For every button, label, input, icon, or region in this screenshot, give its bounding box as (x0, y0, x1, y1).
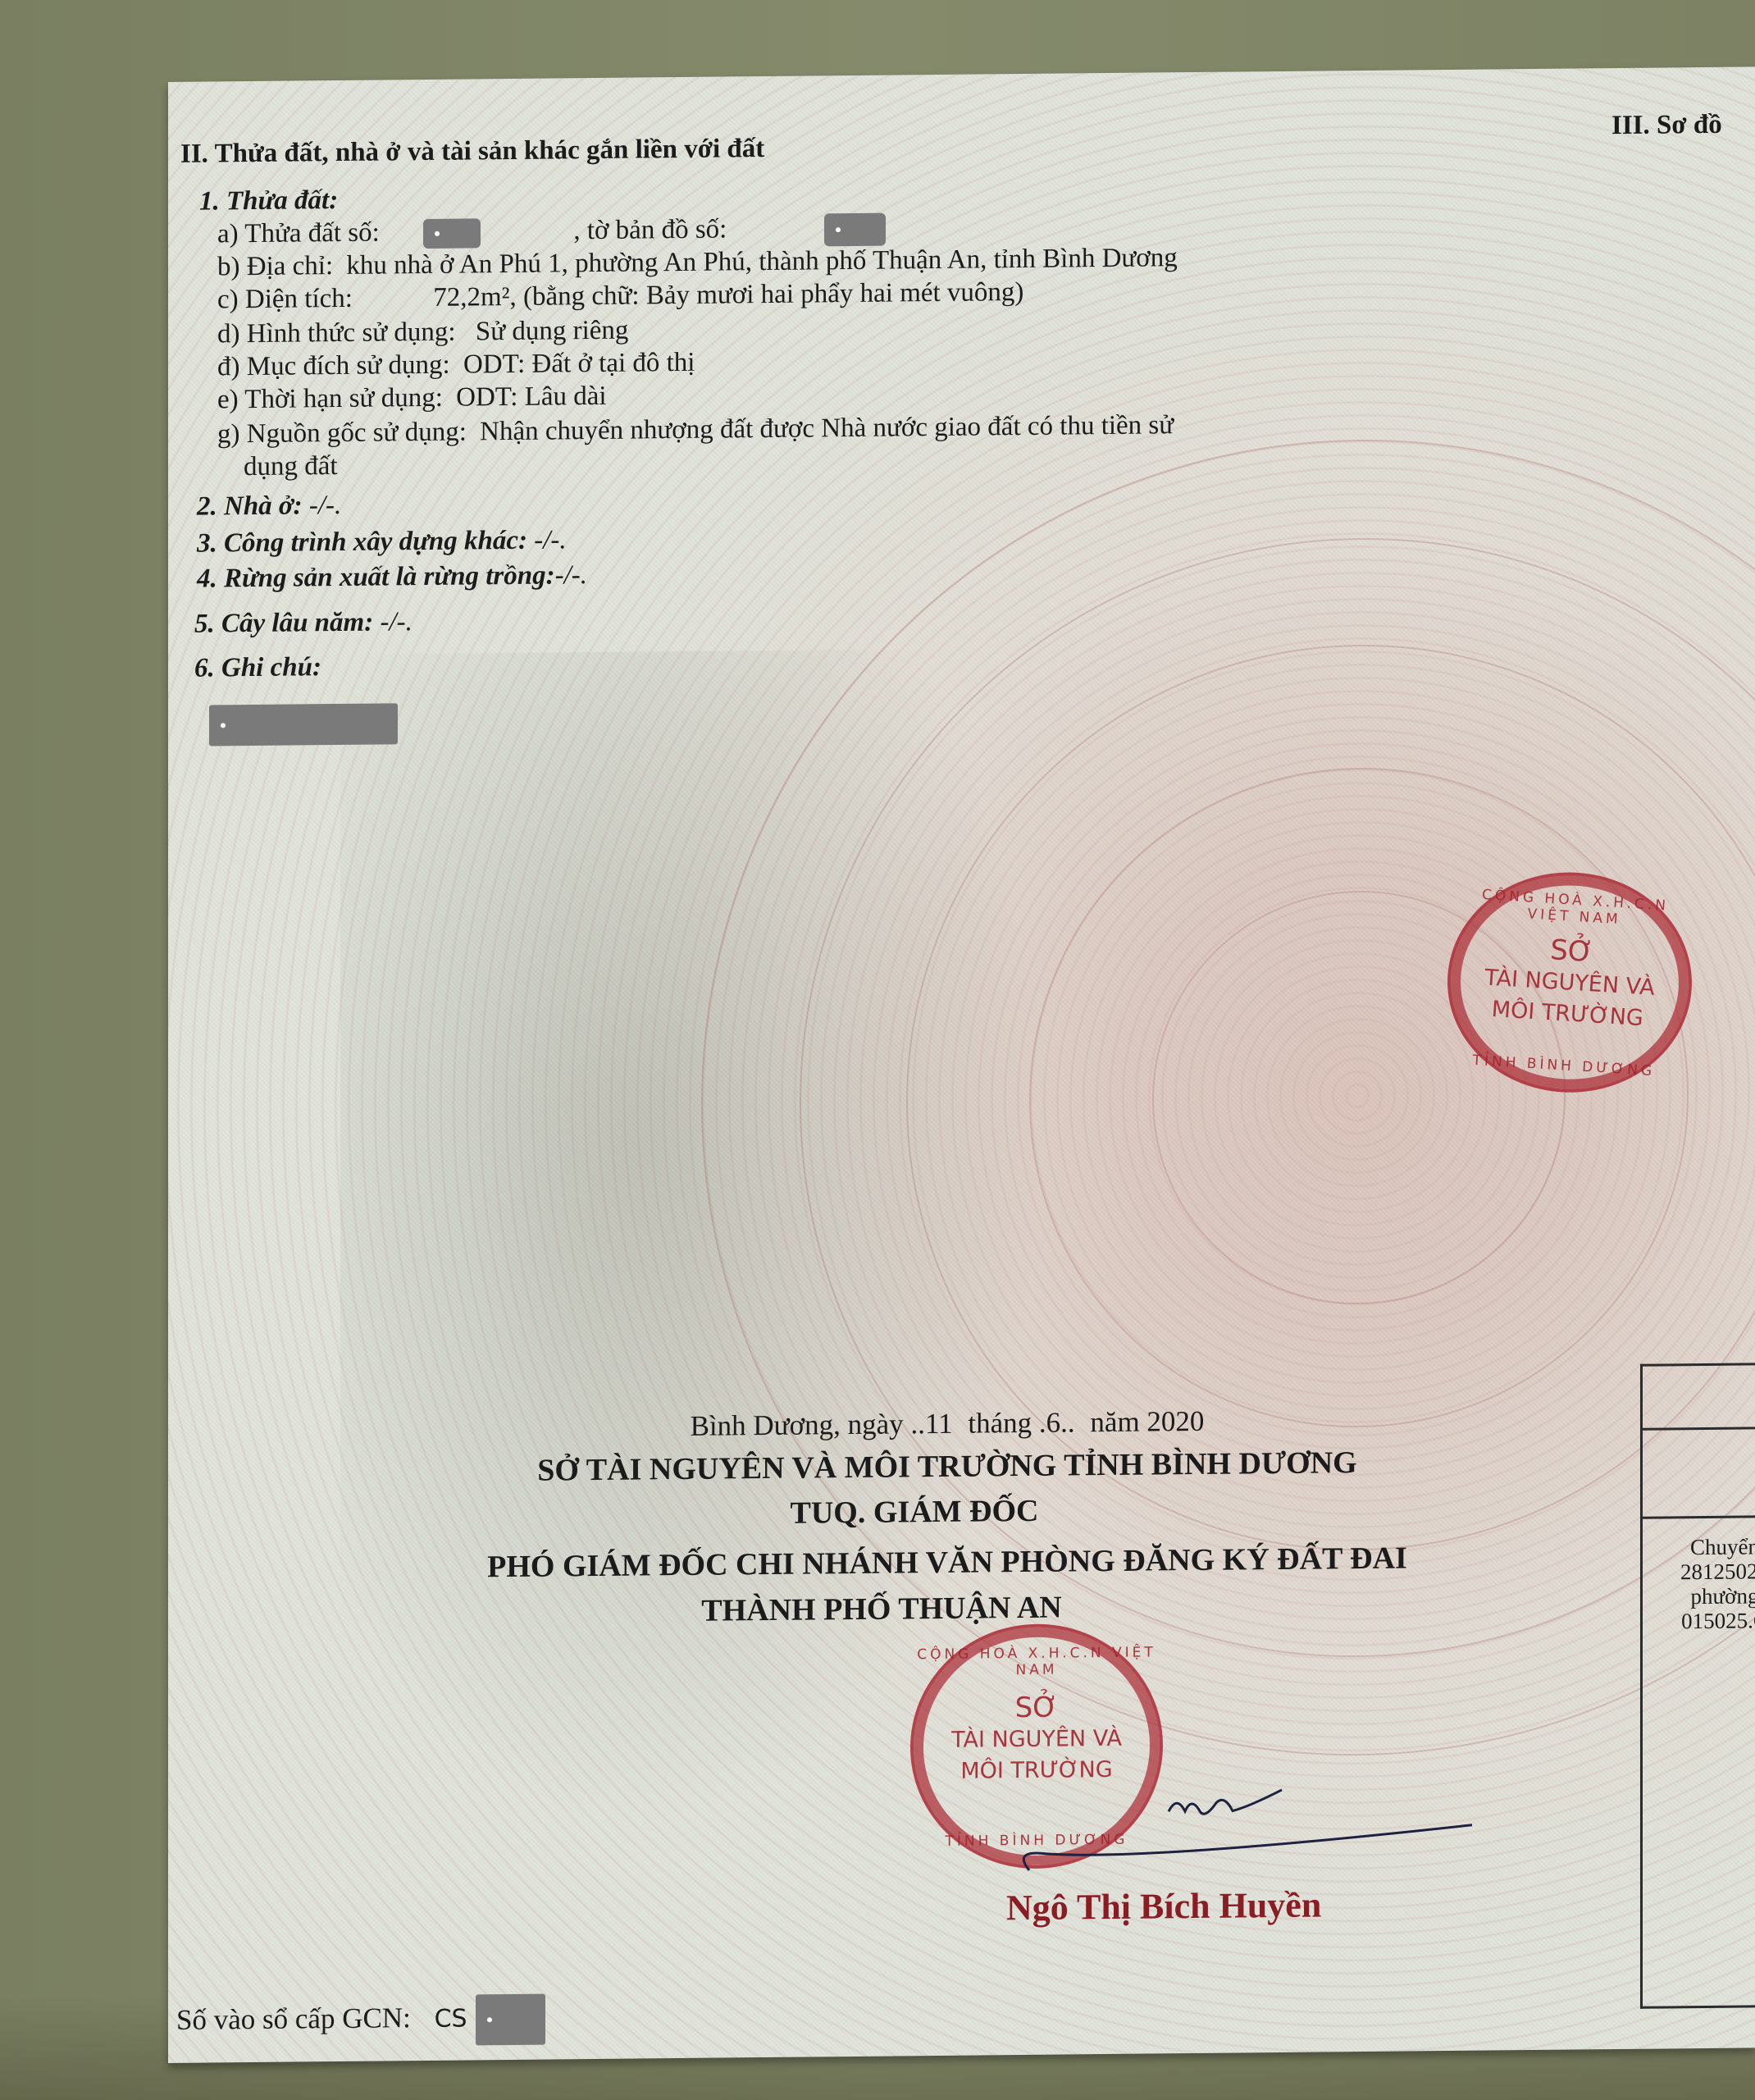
signing-day: ..11 (910, 1408, 952, 1440)
usage-origin-row: g) Nguồn gốc sử dụng: Nhận chuyển nhượng… (217, 410, 1174, 450)
signer-branch: THÀNH PHỐ THUẬN AN (267, 1585, 1497, 1632)
changes-line-4: 015025.C (1643, 1608, 1755, 1634)
usage-form-row: d) Hình thức sử dụng: Sử dụng riêng (217, 316, 628, 350)
stamp-ring-bottom: TỈNH BÌNH DƯƠNG (1445, 1051, 1684, 1081)
changes-table-row: Chuyển 28125022 phường 015025.C (1643, 1518, 1755, 1634)
item-production-forest-label: 4. Rừng sản xuất là rừng trồng: (197, 560, 555, 593)
gcn-number-redacted (476, 1994, 545, 2046)
notes-redacted (209, 703, 398, 746)
item-notes-label: 6. Ghi chú: (194, 652, 321, 682)
section-2-title: II. Thửa đất, nhà ở và tài sản khác gắn … (180, 134, 764, 170)
usage-term-label: e) Thời hạn sử dụng: (217, 383, 443, 415)
item-house-label: 2. Nhà ở: (197, 491, 303, 521)
item-perennial-trees-value: -/-. (380, 607, 412, 637)
signing-date-line: Bình Dương, ngày ..11 tháng .6.. năm 202… (332, 1402, 1562, 1446)
changes-table: Chuyển 28125022 phường 015025.C (1640, 1363, 1755, 2009)
item-notes: 6. Ghi chú: (194, 652, 321, 683)
signing-stamp-center-3: MÔI TRƯỜNG (914, 1754, 1160, 1787)
changes-table-row (1643, 1429, 1755, 1519)
usage-term-value: ODT: Lâu dài (456, 381, 606, 413)
map-sheet-redacted (824, 213, 886, 247)
item-production-forest: 4. Rừng sản xuất là rừng trồng:-/-. (197, 560, 587, 595)
changes-line-1: Chuyển (1643, 1534, 1755, 1560)
land-plot-heading: 1. Thửa đất: (199, 185, 338, 217)
signing-month: .6.. (1039, 1406, 1075, 1438)
item-production-forest-value: -/-. (555, 560, 587, 590)
usage-purpose-label: đ) Mục đích sử dụng: (217, 350, 450, 382)
signing-year: năm 2020 (1090, 1405, 1204, 1438)
map-sheet-label: , tờ bản đồ số: (573, 214, 727, 245)
item-other-construction-label: 3. Công trình xây dựng khác: (197, 526, 527, 559)
item-house: 2. Nhà ở: -/-. (197, 491, 341, 523)
signing-month-label: tháng (968, 1407, 1032, 1440)
changes-table-row (1643, 1365, 1755, 1431)
usage-form-value: Sử dụng riêng (476, 316, 629, 347)
signer-title: PHÓ GIÁM ĐỐC CHI NHÁNH VĂN PHÒNG ĐĂNG KÝ… (332, 1539, 1562, 1586)
signing-stamp-center-1: SỞ (914, 1690, 1160, 1725)
issuing-org: SỞ TÀI NGUYÊN VÀ MÔI TRƯỜNG TỈNH BÌNH DƯ… (332, 1443, 1562, 1491)
official-stamp: CỘNG HOÀ X.H.C.N VIỆT NAM SỞ TÀI NGUYÊN … (1440, 865, 1699, 1099)
item-other-construction-value: -/-. (534, 525, 566, 555)
usage-origin-label: g) Nguồn gốc sử dụng: (217, 418, 467, 450)
area-row: c) Diện tích: 72,2m², (bằng chữ: Bảy mươ… (217, 277, 1023, 315)
plot-number-redacted (423, 219, 481, 249)
address-label: b) Địa chỉ: (217, 251, 333, 281)
plot-number-label: a) Thửa đất số: (217, 218, 380, 249)
item-perennial-trees-label: 5. Cây lâu năm: (194, 608, 373, 639)
signer-name: Ngô Thị Bích Huyền (1006, 1884, 1321, 1929)
signing-stamp-ring-bottom: TỈNH BÌNH DƯƠNG (914, 1831, 1160, 1850)
land-certificate-page: II. Thửa đất, nhà ở và tài sản khác gắn … (168, 66, 1755, 2063)
gcn-registry-row: Số vào sổ cấp GCN: CS (176, 1994, 545, 2048)
authorization-line: TUQ. GIÁM ĐỐC (299, 1488, 1529, 1536)
signing-stamp-center-2: TÀI NGUYÊN VÀ (914, 1723, 1160, 1756)
gcn-prefix: CS (435, 2005, 467, 2034)
item-house-value: -/-. (309, 491, 341, 520)
stamp-ring-top: CỘNG HOÀ X.H.C.N VIỆT NAM (1455, 885, 1694, 932)
usage-purpose-row: đ) Mục đích sử dụng: ODT: Đất ở tại đô t… (217, 348, 695, 383)
item-perennial-trees: 5. Cây lâu năm: -/-. (194, 607, 413, 640)
area-label: c) Diện tích: (217, 284, 353, 315)
changes-line-2: 28125022 (1643, 1559, 1755, 1585)
signing-place: Bình Dương, ngày (691, 1408, 904, 1441)
usage-origin-value-cont: dụng đất (244, 451, 338, 482)
usage-origin-value: Nhận chuyển nhượng đất được Nhà nước gia… (480, 410, 1174, 446)
usage-purpose-value: ODT: Đất ở tại đô thị (463, 348, 695, 380)
usage-term-row: e) Thời hạn sử dụng: ODT: Lâu dài (217, 381, 607, 416)
signing-stamp: CỘNG HOÀ X.H.C.N VIỆT NAM SỞ TÀI NGUYÊN … (910, 1623, 1163, 1869)
gcn-registry-label: Số vào sổ cấp GCN: (176, 2002, 411, 2036)
section-3-title: III. Sơ đồ (1611, 110, 1722, 141)
changes-line-3: phường (1643, 1583, 1755, 1609)
item-other-construction: 3. Công trình xây dựng khác: -/-. (197, 525, 567, 559)
signing-stamp-ring-top: CỘNG HOÀ X.H.C.N VIỆT NAM (914, 1644, 1160, 1679)
usage-form-label: d) Hình thức sử dụng: (217, 317, 456, 349)
area-value: 72,2m², (bằng chữ: Bảy mươi hai phẩy hai… (433, 277, 1023, 313)
